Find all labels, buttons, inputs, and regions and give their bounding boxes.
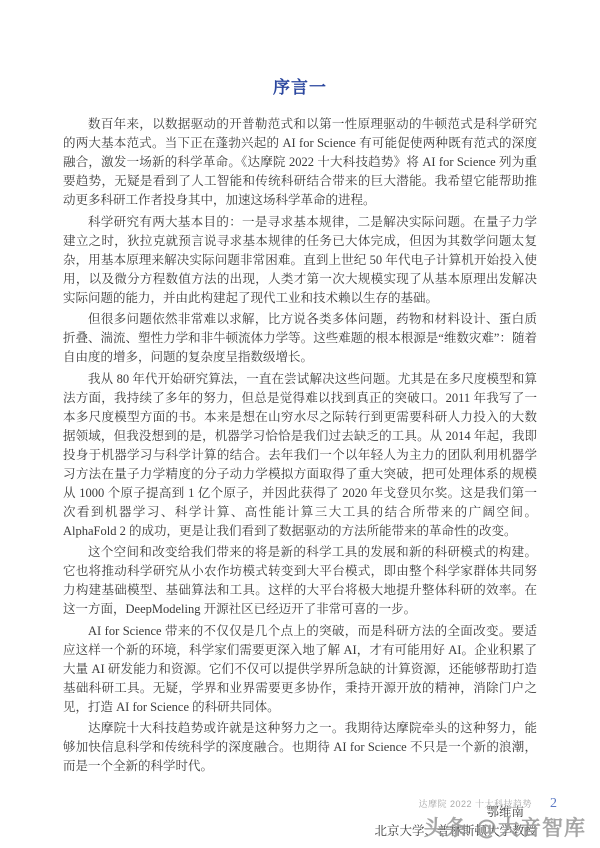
page-number: 2 [550,796,557,812]
preface-content: 序言一 数百年来，以数据驱动的开普勒范式和以第一性原理驱动的牛顿范式是科学研究的… [63,78,537,841]
paragraph: 但很多问题依然非常难以求解，比方说各类多体问题，药物和材料设计、蛋白质折叠、湍流… [63,310,537,367]
page-title: 序言一 [63,78,537,98]
page-footer: 达摩院 2022 十大科技趋势 2 [418,796,557,812]
paragraph: 达摩院十大科技趋势或许就是这种努力之一。我期待达摩院牵头的这种努力，能够加快信息… [63,719,537,776]
document-page: 序言一 数百年来，以数据驱动的开普勒范式和以第一性原理驱动的牛顿范式是科学研究的… [0,0,600,848]
paragraph: 数百年来，以数据驱动的开普勒范式和以第一性原理驱动的牛顿范式是科学研究的两大基本… [63,115,537,210]
paragraph: 科学研究有两大基本目的：一是寻求基本规律，二是解决实际问题。在量子力学建立之时，… [63,213,537,308]
preface-body: 数百年来，以数据驱动的开普勒范式和以第一性原理驱动的牛顿范式是科学研究的两大基本… [63,115,537,776]
paragraph: 我从 80 年代开始研究算法，一直在尝试解决这些问题。尤其是在多尺度模型和算法方… [63,370,537,541]
footer-doc-title: 达摩院 2022 十大科技趋势 [418,797,532,810]
paragraph: 这个空间和改变给我们带来的将是新的科学工具的发展和新的科研模式的构建。它也将推动… [63,543,537,619]
watermark: 头条 @大音智库 [424,812,586,842]
paragraph: AI for Science 带来的不仅仅是几个点上的突破，而是科研方法的全面改… [63,622,537,717]
